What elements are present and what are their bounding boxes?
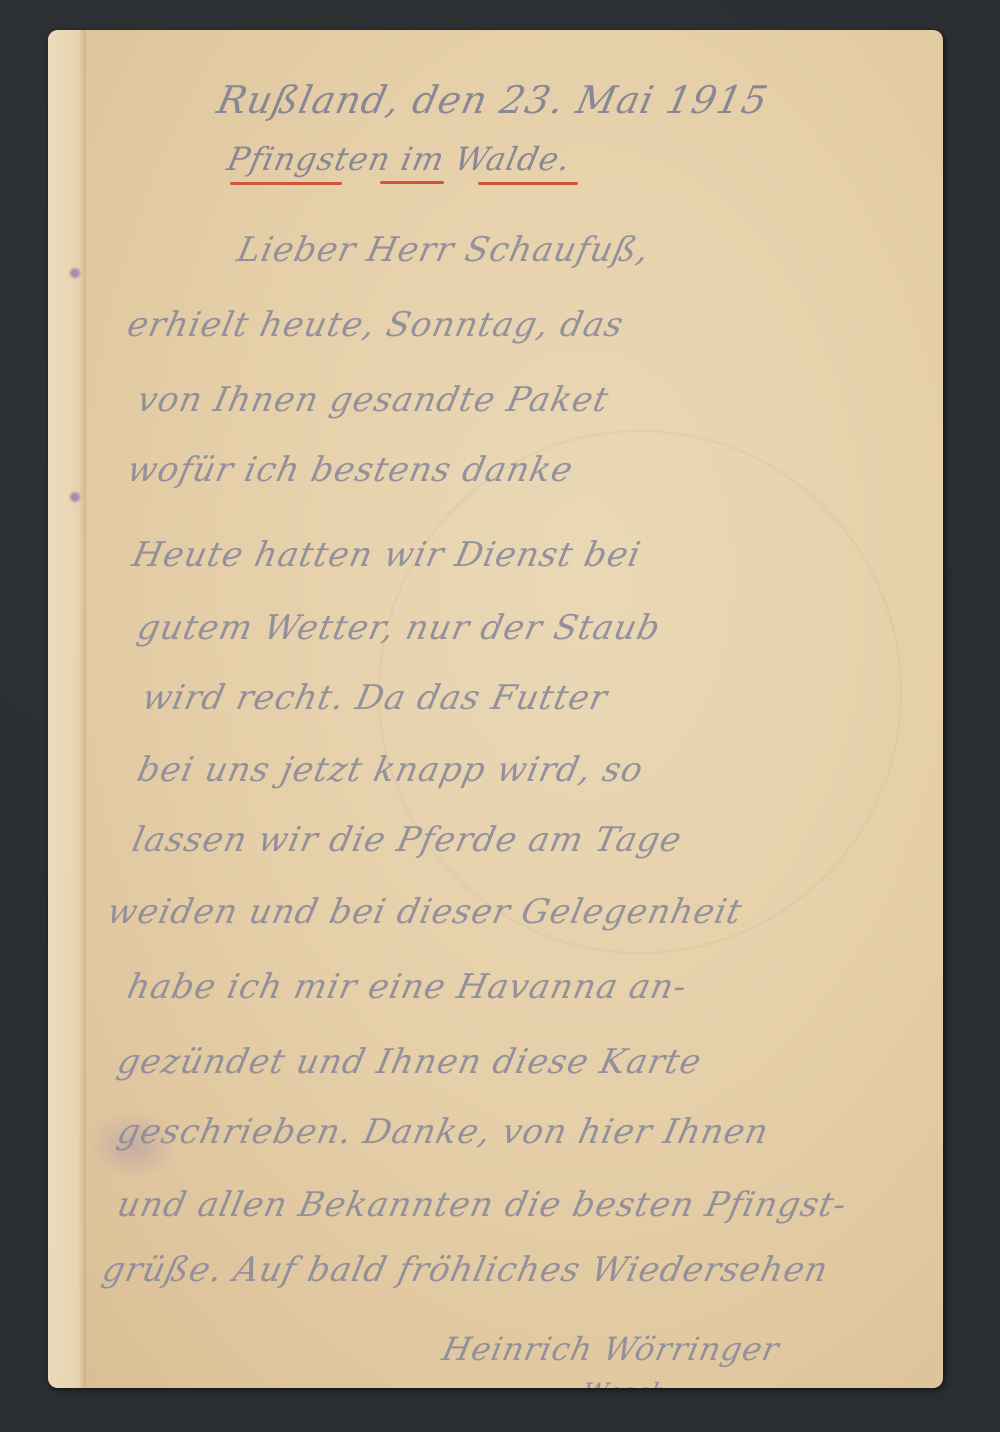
body-line: habe ich mir eine Havanna an- [124,967,691,1007]
body-line: wird recht. Da das Futter [139,678,612,718]
signature-name: Heinrich Wörringer [439,1330,783,1368]
body-line: grüße. Auf bald fröhliches Wiedersehen [99,1250,832,1290]
subtitle: Pfingsten im Walde. [224,140,575,178]
body-line: weiden und bei dieser Gelegenheit [104,892,746,932]
postcard: Rußland, den 23. Mai 1915 Pfingsten im W… [48,30,943,1388]
body-line: erhielt heute, Sonntag, das [124,305,628,345]
place-date: Rußland, den 23. Mai 1915 [213,78,772,122]
red-underline-2 [380,181,444,184]
red-underline-1 [230,182,342,185]
body-line: geschrieben. Danke, von hier Ihnen [114,1112,773,1152]
body-line: und allen Bekannten die besten Pfingst- [114,1185,851,1225]
signature-sub: Wosch [580,1378,670,1388]
body-line: Heute hatten wir Dienst bei [129,535,645,575]
body-line: gutem Wetter, nur der Staub [134,608,665,648]
body-line: bei uns jetzt knapp wird, so [134,750,647,790]
body-line: gezündet und Ihnen diese Karte [114,1042,706,1082]
body-line: von Ihnen gesandte Paket [134,380,613,420]
violet-ink-mark [70,492,80,502]
violet-ink-mark [70,268,80,278]
salutation: Lieber Herr Schaufuß, [234,230,654,270]
body-line: lassen wir die Pferde am Tage [129,820,686,860]
red-underline-3 [478,182,578,185]
body-line: wofür ich bestens danke [124,450,577,490]
